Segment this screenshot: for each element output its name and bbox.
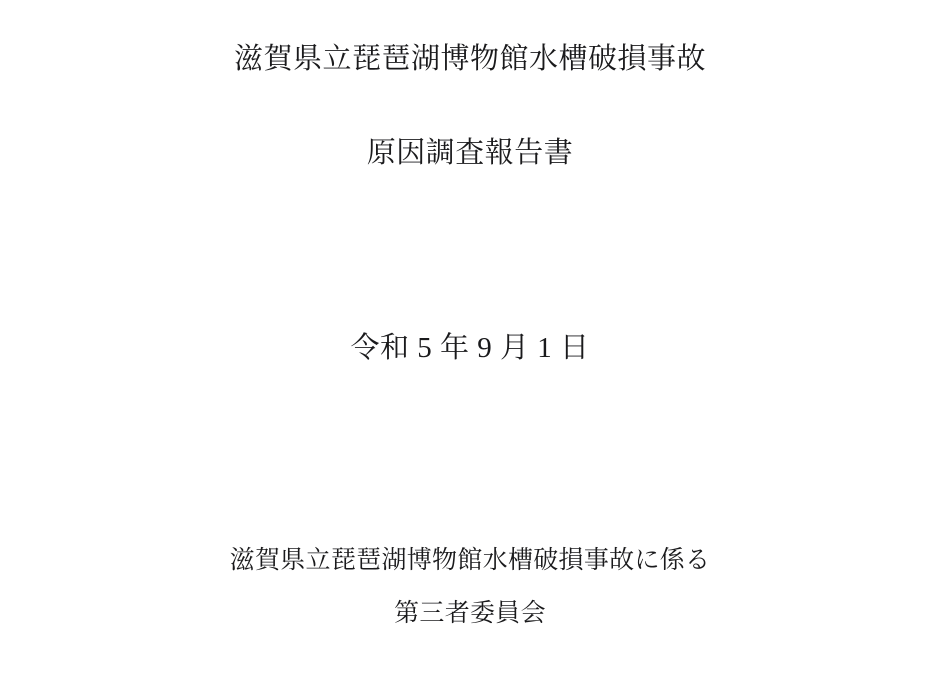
- report-title-line-1: 滋賀県立琵琶湖博物館水槽破損事故: [0, 44, 940, 76]
- report-date: 令和 5 年 9 月 1 日: [0, 333, 940, 365]
- report-title-line-2: 原因調査報告書: [0, 138, 940, 170]
- committee-name-line-1: 滋賀県立琵琶湖博物館水槽破損事故に係る: [0, 547, 940, 575]
- committee-name-line-2: 第三者委員会: [0, 600, 940, 628]
- document-page: 滋賀県立琵琶湖博物館水槽破損事故 原因調査報告書 令和 5 年 9 月 1 日 …: [0, 0, 940, 675]
